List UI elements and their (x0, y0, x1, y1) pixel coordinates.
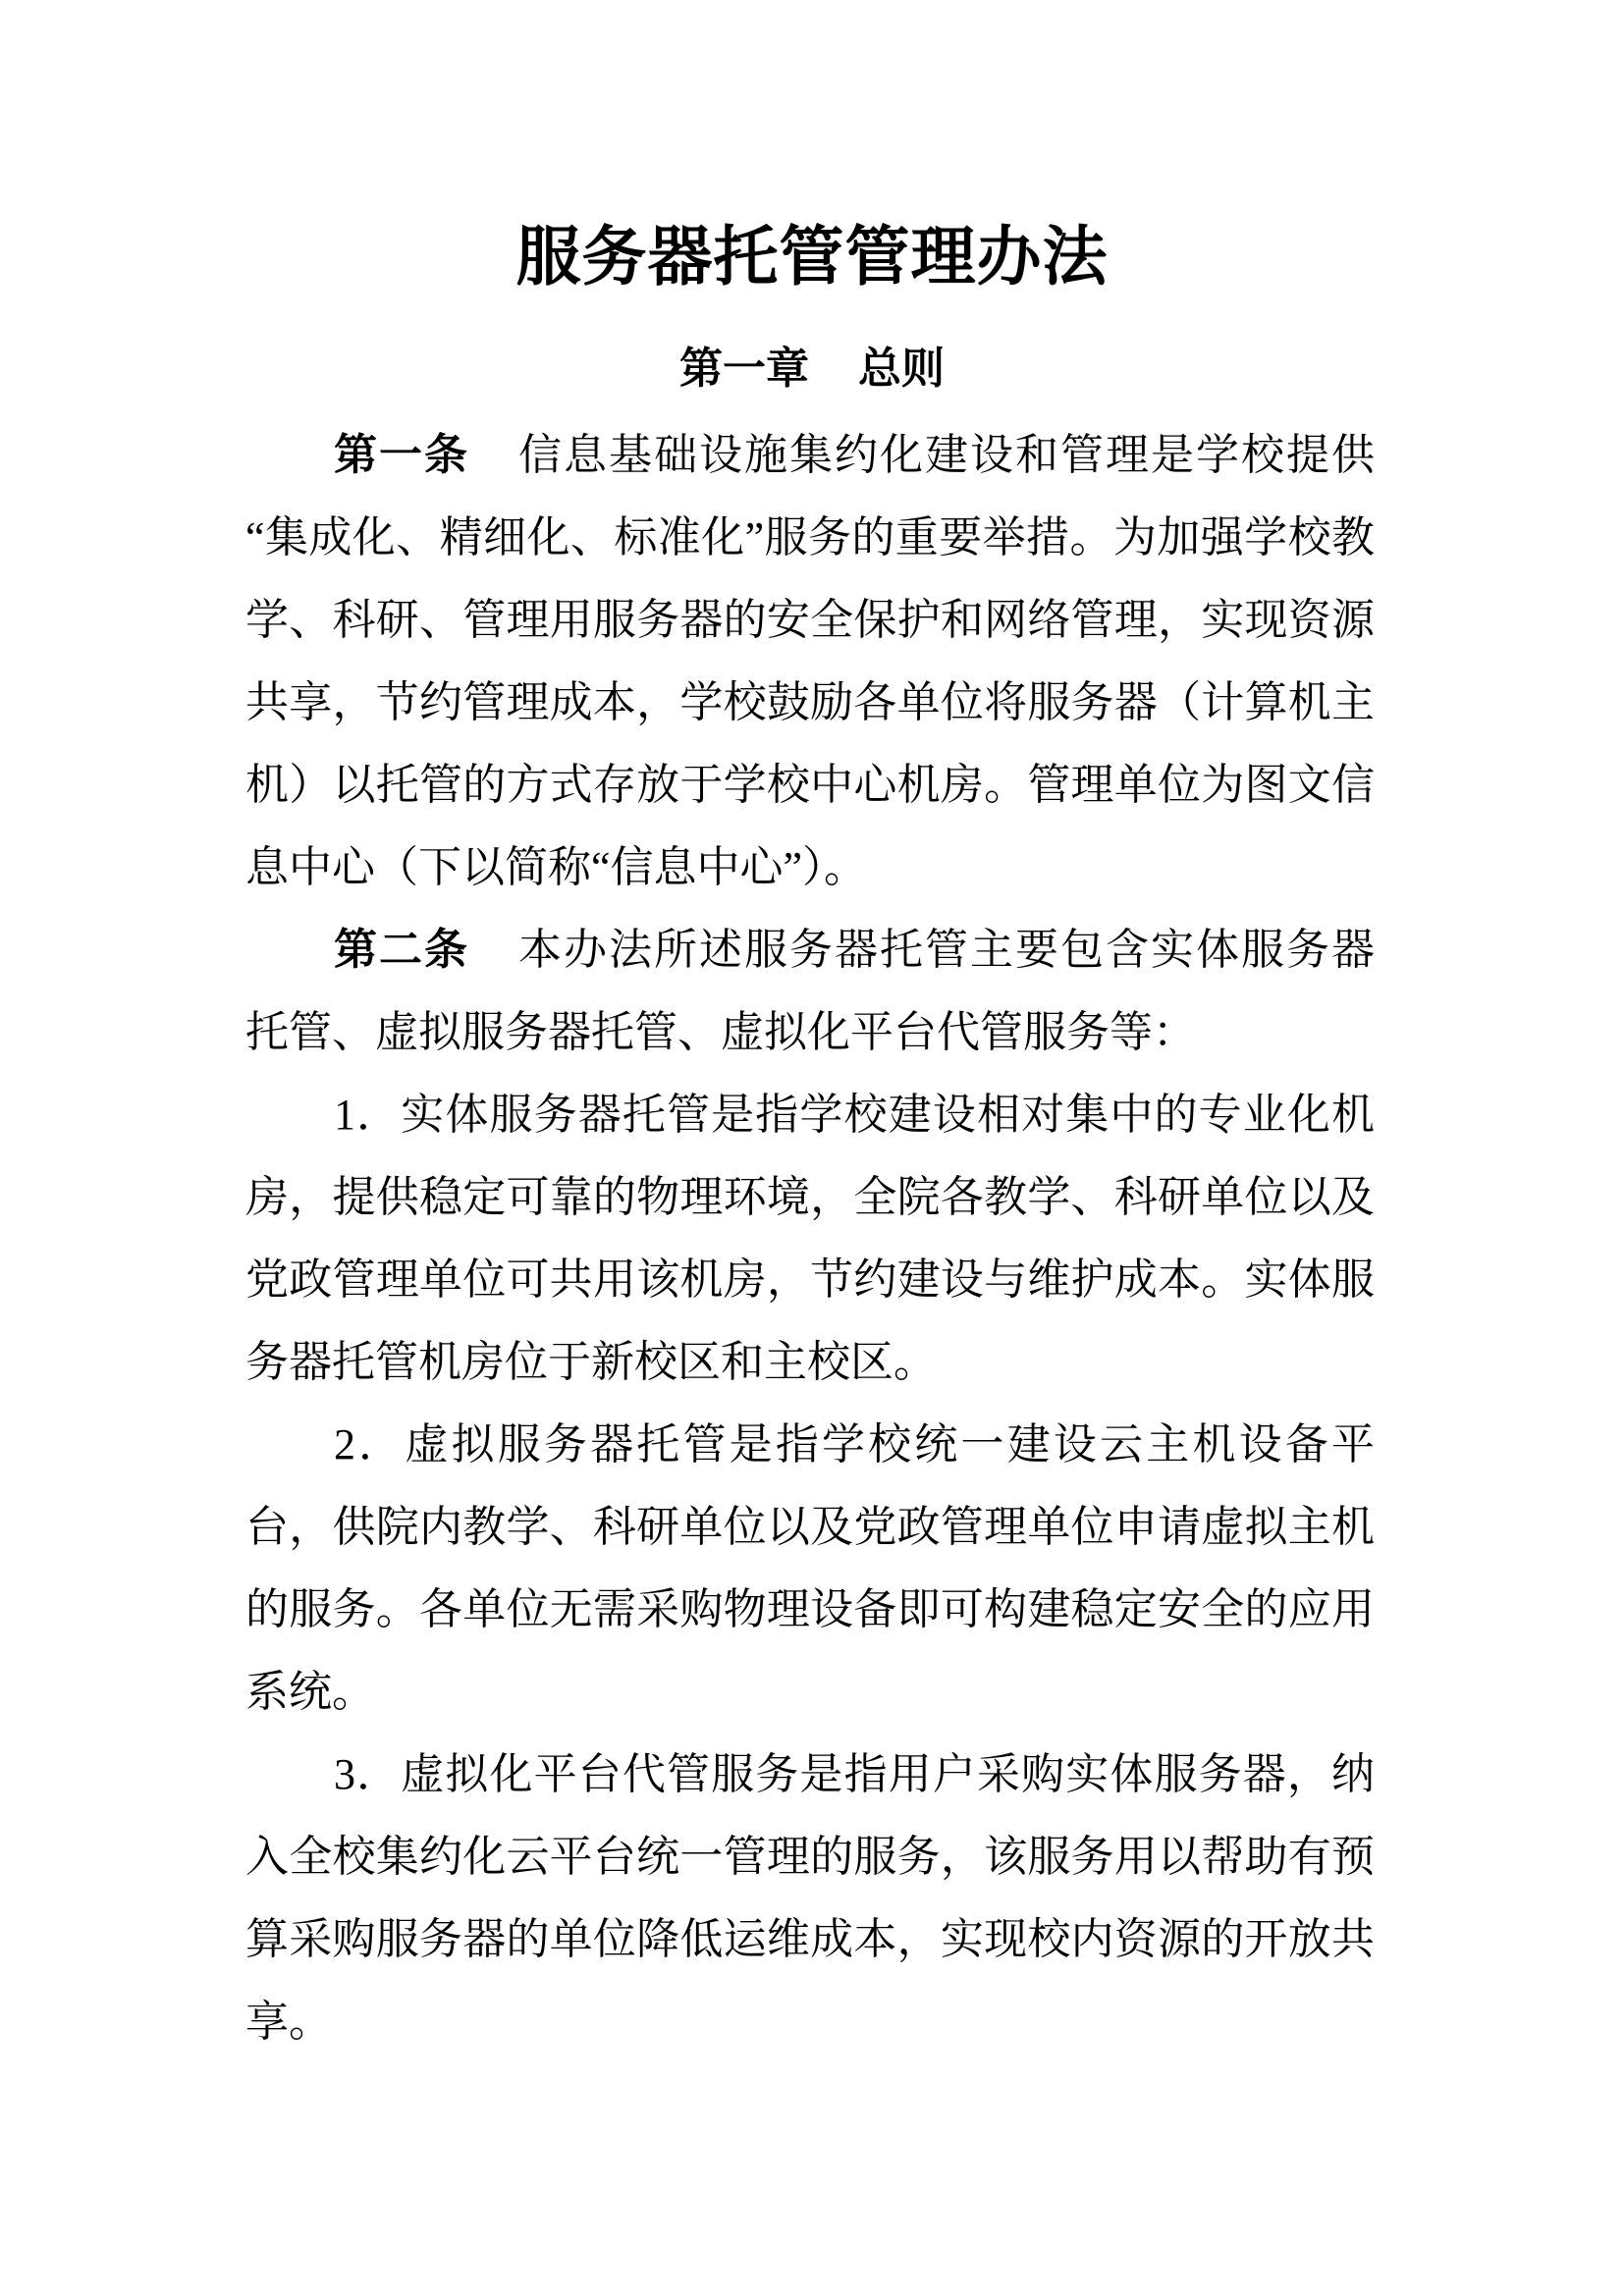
document-page: 服务器托管管理办法 第一章 总则 第一条信息基础设施集约化建设和管理是学校提供“… (0, 0, 1624, 2296)
chapter-title: 总则 (858, 346, 945, 393)
paragraph-item-2: 2．虚拟服务器托管是指学校统一建设云主机设备平台，供院内教学、科研单位以及党政管… (245, 1404, 1375, 1734)
chapter-heading: 第一章 总则 (0, 346, 1624, 393)
item-1-text: 1．实体服务器托管是指学校建设相对集中的专业化机房，提供稳定可靠的物理环境，全院… (245, 1091, 1375, 1386)
chapter-number: 第一章 (679, 346, 809, 393)
document-title: 服务器托管管理办法 (0, 0, 1624, 294)
article-2-label: 第二条 (334, 926, 469, 974)
paragraph-item-3: 3．虚拟化平台代管服务是指用户采购实体服务器，纳入全校集约化云平台统一管理的服务… (245, 1734, 1375, 2063)
article-1-text: 信息基础设施集约化建设和管理是学校提供“集成化、精细化、标准化”服务的重要举措。… (245, 431, 1375, 891)
article-1-label: 第一条 (334, 431, 469, 479)
document-body: 第一条信息基础设施集约化建设和管理是学校提供“集成化、精细化、标准化”服务的重要… (245, 414, 1375, 2063)
paragraph-item-1: 1．实体服务器托管是指学校建设相对集中的专业化机房，提供稳定可靠的物理环境，全院… (245, 1074, 1375, 1404)
paragraph-article-2: 第二条本办法所述服务器托管主要包含实体服务器托管、虚拟服务器托管、虚拟化平台代管… (245, 909, 1375, 1074)
paragraph-article-1: 第一条信息基础设施集约化建设和管理是学校提供“集成化、精细化、标准化”服务的重要… (245, 414, 1375, 909)
item-2-text: 2．虚拟服务器托管是指学校统一建设云主机设备平台，供院内教学、科研单位以及党政管… (245, 1420, 1375, 1716)
item-3-text: 3．虚拟化平台代管服务是指用户采购实体服务器，纳入全校集约化云平台统一管理的服务… (245, 1750, 1375, 2046)
